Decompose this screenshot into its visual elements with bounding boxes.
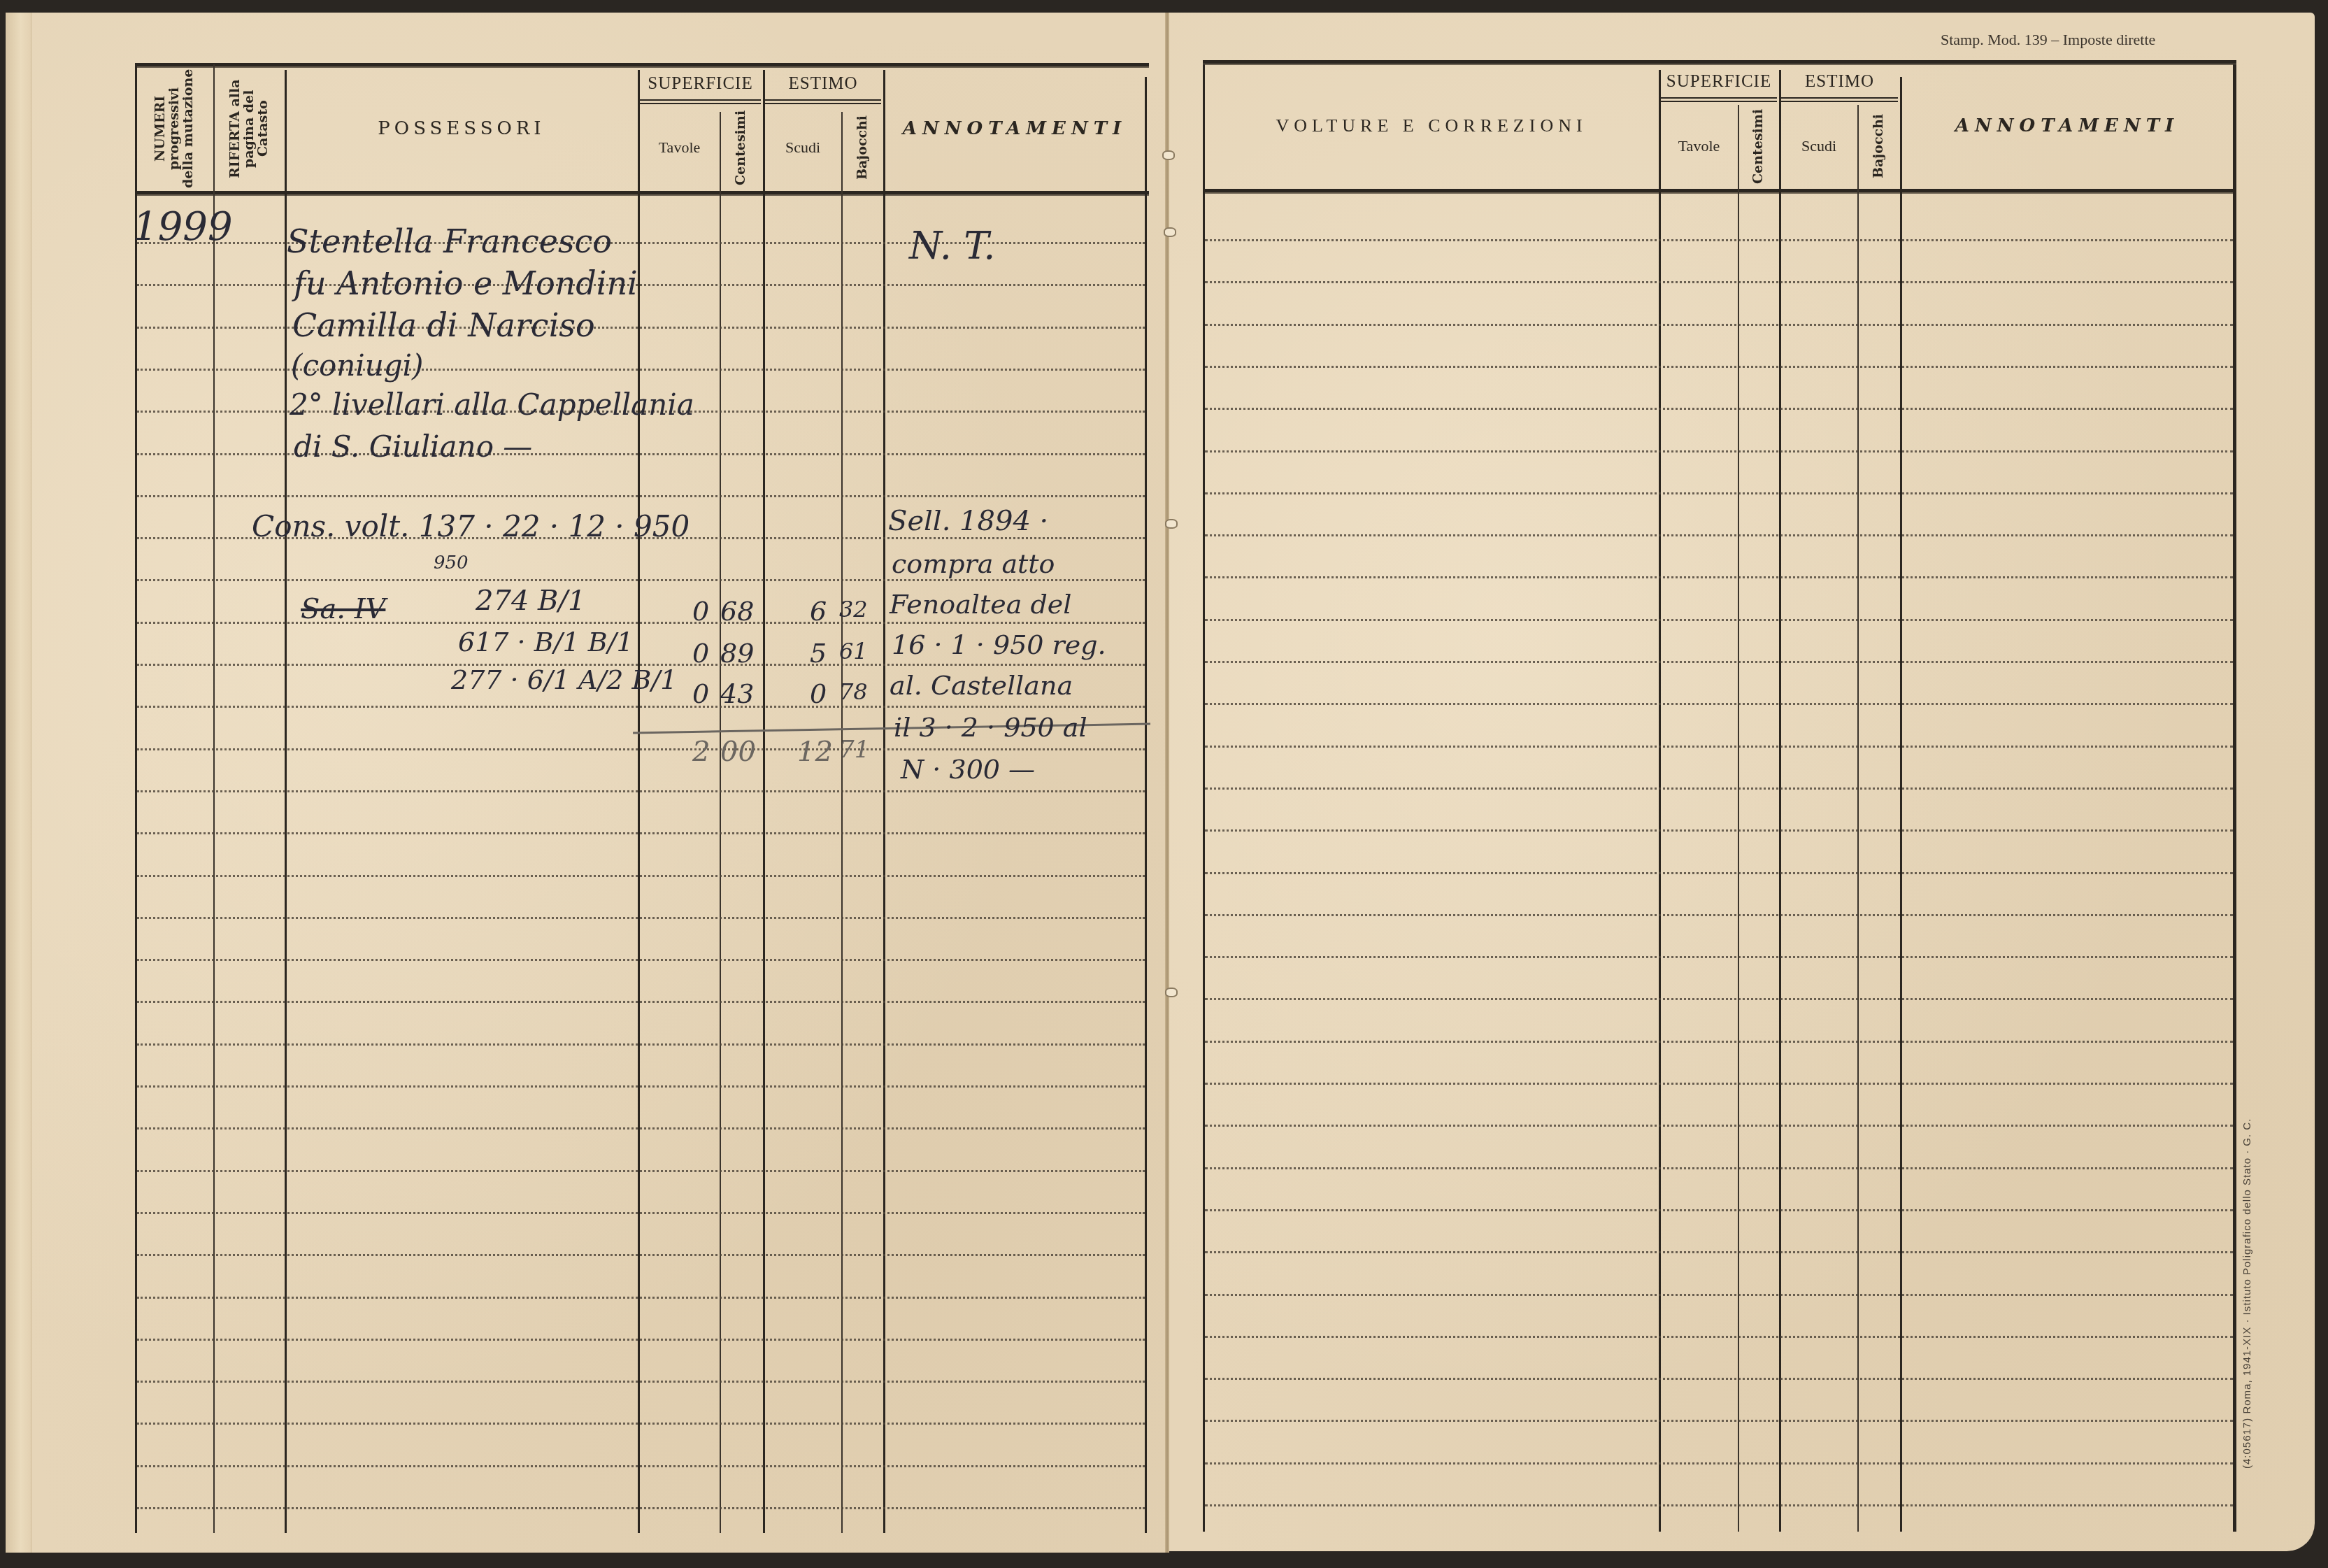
row-line	[1205, 366, 2233, 368]
tavole-value: 0	[692, 596, 709, 627]
row-line	[137, 1127, 1145, 1129]
column-border	[763, 70, 765, 1533]
column-border	[2233, 64, 2236, 1532]
row-line	[137, 327, 1145, 329]
column-border	[841, 112, 843, 1533]
form-stamp: Stamp. Mod. 139 – Imposte dirette	[1941, 31, 2155, 49]
tavole-value: 0	[692, 678, 709, 709]
row-line	[1205, 239, 2233, 241]
header-centesimi: Centesimi	[1739, 104, 1778, 189]
row-line	[1205, 1336, 2233, 1338]
estimo-rule	[765, 99, 881, 104]
row-line	[1205, 1294, 2233, 1296]
row-line	[137, 1001, 1145, 1003]
annotamento-line: Sell. 1894 ·	[888, 505, 1048, 537]
possessore-line: 2° livellari alla Cappellania	[290, 387, 694, 422]
row-line	[137, 959, 1145, 961]
binding-hole	[1164, 227, 1176, 237]
tavole-value: 0	[692, 638, 709, 669]
header-estimo: ESTIMO	[1781, 67, 1898, 97]
row-line	[137, 1297, 1145, 1299]
row-line	[1205, 1378, 2233, 1380]
column-border	[1203, 64, 1205, 1532]
row-line	[1205, 576, 2233, 578]
possessore-line: fu Antonio e Mondini	[294, 264, 638, 302]
total-centesimi: 00	[720, 736, 756, 768]
row-line	[1205, 998, 2233, 1000]
scudi-value: 0	[810, 678, 827, 709]
row-line	[1205, 619, 2233, 621]
binding-hole	[1165, 988, 1178, 997]
centesimi-value: 68	[720, 596, 754, 627]
row-line	[1205, 1041, 2233, 1043]
row-line	[137, 1254, 1145, 1256]
column-border	[1145, 77, 1147, 1533]
column-border	[1900, 77, 1902, 1532]
binding-hole	[1165, 519, 1178, 529]
row-line	[1205, 1083, 2233, 1085]
page-edge-stack	[6, 13, 31, 1553]
row-line	[1205, 1504, 2233, 1506]
header-riferta: RIFERTA alla pagina del Catasto	[215, 67, 284, 190]
particella-mappa: 274 B/1	[476, 585, 585, 617]
binding-hole	[1162, 150, 1175, 160]
superficie-rule	[1661, 97, 1777, 102]
annotamento-nt: N. T.	[909, 224, 995, 268]
header-numeri: NUMERI progressivi della mutazione	[137, 67, 213, 190]
row-line	[137, 1212, 1145, 1214]
row-line	[1205, 787, 2233, 790]
row-line	[1205, 1462, 2233, 1464]
possessore-line: (coniugi)	[291, 348, 423, 383]
row-line	[1205, 492, 2233, 494]
column-border	[883, 70, 885, 1533]
total-bajocchi: 71	[839, 736, 869, 764]
particella-mappa: 617 · B/1 B/1	[458, 627, 634, 657]
row-line	[137, 1085, 1145, 1088]
book-gutter	[1165, 13, 1169, 1553]
column-border	[1779, 70, 1781, 1532]
row-line	[1205, 324, 2233, 326]
total-scudi: 12	[797, 736, 833, 768]
header-volture: VOLTURE E CORREZIONI	[1205, 64, 1658, 187]
header-estimo: ESTIMO	[765, 69, 881, 99]
header-annotamenti: ANNOTAMENTI	[1902, 64, 2232, 187]
header-scudi: Scudi	[765, 105, 841, 190]
row-line	[137, 495, 1145, 497]
row-line	[137, 832, 1145, 834]
row-line	[137, 369, 1145, 371]
header-annotamenti: ANNOTAMENTI	[885, 67, 1144, 190]
possessore-line: di S. Giuliano —	[294, 429, 532, 464]
row-line	[1205, 1125, 2233, 1127]
row-line	[137, 579, 1145, 581]
total-tavole: 2	[692, 736, 710, 768]
column-border	[1659, 70, 1661, 1532]
header-bajocchi: Bajocchi	[843, 105, 883, 190]
row-line	[137, 1423, 1145, 1425]
particella-mappa: 277 · 6/1 A/2 B/1	[451, 664, 677, 695]
header-superficie: SUPERFICIE	[1661, 67, 1777, 97]
row-line	[137, 1381, 1145, 1383]
row-line	[1205, 534, 2233, 536]
voltura-line: Cons. volt. 137 · 22 · 12 · 950	[252, 509, 690, 543]
row-line	[1205, 914, 2233, 916]
row-line	[137, 748, 1145, 750]
header-superficie: SUPERFICIE	[640, 69, 761, 99]
row-line	[1205, 956, 2233, 958]
row-line	[137, 622, 1145, 624]
superficie-rule	[640, 99, 761, 104]
bajocchi-value: 61	[839, 638, 868, 664]
row-line	[137, 1170, 1145, 1172]
row-line	[1205, 829, 2233, 832]
column-border	[1738, 105, 1739, 1532]
row-line	[1205, 703, 2233, 705]
row-line	[1205, 450, 2233, 452]
column-border	[638, 70, 640, 1533]
estimo-rule	[1781, 97, 1898, 102]
scudi-value: 5	[810, 638, 827, 669]
row-line	[137, 453, 1145, 455]
annotamento-line: N · 300 —	[901, 754, 1035, 785]
header-tavole: Tavole	[640, 105, 719, 190]
column-border	[1857, 105, 1859, 1532]
centesimi-value: 43	[720, 678, 754, 709]
header-bottom-border	[1203, 189, 2234, 194]
row-line	[1205, 1251, 2233, 1253]
sezione-label: Sa. IV	[301, 593, 385, 625]
row-line	[137, 706, 1145, 708]
row-line	[137, 917, 1145, 919]
possessore-line: Camilla di Narciso	[292, 306, 595, 344]
header-centesimi: Centesimi	[721, 105, 762, 190]
voltura-denominator: 950	[434, 553, 469, 573]
row-line	[1205, 281, 2233, 283]
row-line	[137, 790, 1145, 792]
header-bottom-border	[135, 191, 1149, 196]
bajocchi-value: 78	[839, 678, 868, 705]
row-line	[137, 1043, 1145, 1046]
possessore-line: Stentella Francesco	[287, 222, 612, 260]
row-line	[137, 1339, 1145, 1341]
entry-number: 1999	[133, 204, 233, 250]
header-possessori: POSSESSORI	[287, 67, 636, 190]
row-line	[1205, 1167, 2233, 1169]
annotamento-line: compra atto	[892, 548, 1055, 579]
right-page	[1168, 13, 2315, 1551]
row-line	[1205, 1209, 2233, 1211]
annotamento-line: Fenoaltea del	[890, 589, 1071, 620]
row-line	[1205, 408, 2233, 410]
header-bajocchi: Bajocchi	[1859, 104, 1899, 189]
column-border	[285, 70, 287, 1533]
centesimi-value: 89	[720, 638, 754, 669]
row-line	[137, 284, 1145, 286]
header-tavole: Tavole	[1661, 104, 1737, 189]
row-line	[137, 1465, 1145, 1467]
row-line	[137, 1507, 1145, 1509]
annotamento-line: il 3 · 2 · 950 al	[894, 712, 1087, 743]
row-line	[1205, 872, 2233, 874]
annotamento-line: al. Castellana	[890, 670, 1073, 701]
row-line	[1205, 1420, 2233, 1422]
scudi-value: 6	[810, 596, 827, 627]
printer-imprint: (4:05617) Roma, 1941-XIX · Istituto Poli…	[2241, 1021, 2253, 1469]
header-scudi: Scudi	[1781, 104, 1857, 189]
row-line	[137, 875, 1145, 877]
annotamento-line: 16 · 1 · 950 reg.	[892, 629, 1106, 660]
row-line	[1205, 661, 2233, 663]
row-line	[1205, 746, 2233, 748]
bajocchi-value: 32	[839, 596, 868, 622]
column-border	[720, 112, 721, 1533]
